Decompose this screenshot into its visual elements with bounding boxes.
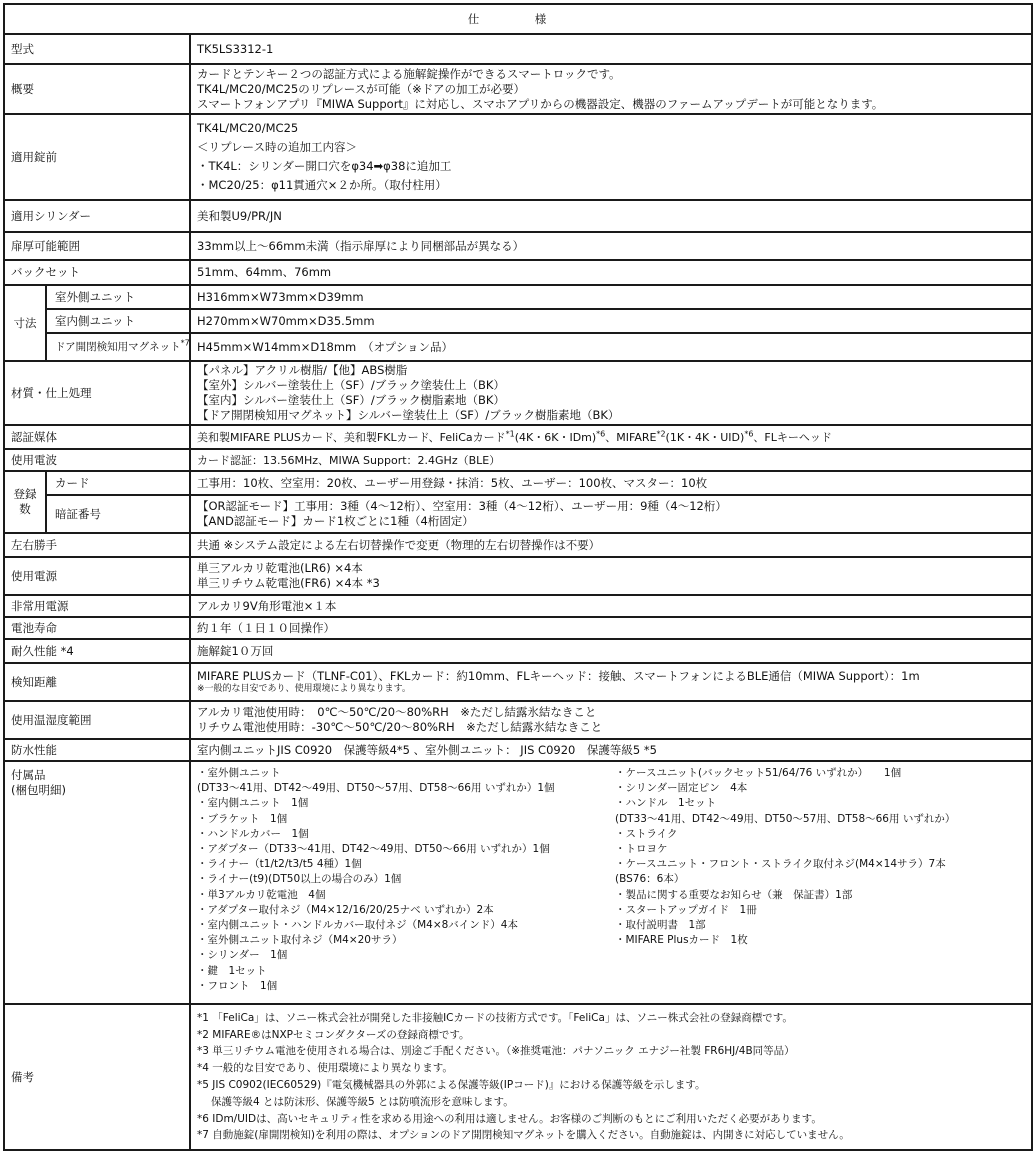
row-durability: 耐久性能 *4 施解錠1０万回 <box>4 639 1032 663</box>
row-label: ドア開閉検知用マグネット*7 <box>46 333 190 361</box>
row-label: 使用電波 <box>4 449 190 471</box>
row-dimensions-magnet: ドア開閉検知用マグネット*7 H45mm×W14mm×D18mm （オプション品… <box>4 333 1032 361</box>
row-dimensions-outdoor: 寸法 室外側ユニット H316mm×W73mm×D39mm <box>4 285 1032 309</box>
table-title: 仕 様 <box>4 4 1032 34</box>
row-value: 単三アルカリ乾電池(LR6) ×4本 単三リチウム乾電池(FR6) ×4本 *3 <box>190 557 1032 595</box>
row-dimensions-indoor: 室内側ユニット H270mm×W70mm×D35.5mm <box>4 309 1032 333</box>
row-value: 工事用：10枚、空室用：20枚、ユーザー用登録・抹消：5枚、ユーザー：100枚、… <box>190 471 1032 495</box>
row-label: 左右勝手 <box>4 533 190 557</box>
row-label: バックセット <box>4 260 190 285</box>
row-waterproof: 防水性能 室内側ユニットJIS C0920 保護等級4*5 、室外側ユニット： … <box>4 739 1032 761</box>
title-row: 仕 様 <box>4 4 1032 34</box>
row-value: 【OR認証モード】工事用：3種（4～12桁）、空室用：3種（4～12桁）、ユーザ… <box>190 495 1032 533</box>
row-power: 使用電源 単三アルカリ乾電池(LR6) ×4本 単三リチウム乾電池(FR6) ×… <box>4 557 1032 595</box>
row-value: 美和製MIFARE PLUSカード、美和製FKLカード、FeliCaカード*1(… <box>190 425 1032 449</box>
row-emergency-power: 非常用電源 アルカリ9V角形電池×１本 <box>4 595 1032 617</box>
row-label: 材質・仕上処理 <box>4 361 190 425</box>
row-value: カード認証：13.56MHz、MIWA Support：2.4GHz（BLE） <box>190 449 1032 471</box>
row-label: 使用電源 <box>4 557 190 595</box>
row-door-thickness: 扉厚可能範囲 33mm以上～66mm未満（指示扉厚により同梱部品が異なる） <box>4 232 1032 260</box>
row-value: MIFARE PLUSカード（TLNF-C01）、FKLカード：約10mm、FL… <box>190 663 1032 701</box>
row-value: 33mm以上～66mm未満（指示扉厚により同梱部品が異なる） <box>190 232 1032 260</box>
row-accessories: 付属品 (梱包明細) ・室外側ユニット (DT33～41用、DT42～49用、D… <box>4 761 1032 1004</box>
row-value: 共通 ※システム設定による左右切替操作で変更（物理的左右切替操作は不要） <box>190 533 1032 557</box>
row-label: 暗証番号 <box>46 495 190 533</box>
row-label: 検知距離 <box>4 663 190 701</box>
row-value: H45mm×W14mm×D18mm （オプション品） <box>190 333 1032 361</box>
accessories-list: ・室外側ユニット (DT33～41用、DT42～49用、DT50～57用、DT5… <box>190 761 1032 1004</box>
row-label: カード <box>46 471 190 495</box>
row-value: カードとテンキー２つの認証方式による施解錠操作ができるスマートロックです。 TK… <box>190 64 1032 114</box>
row-label: 型式 <box>4 34 190 64</box>
accessories-col2: ・ケースユニット(バックセット51/64/76 いずれか） 1個 ・シリンダー固… <box>615 766 1025 994</box>
row-value: アルカリ9V角形電池×１本 <box>190 595 1032 617</box>
row-value: 約１年（１日１０回操作） <box>190 617 1032 639</box>
row-model: 型式 TK5LS3312-1 <box>4 34 1032 64</box>
row-label: 適用錠前 <box>4 114 190 200</box>
row-label: 非常用電源 <box>4 595 190 617</box>
row-applicable-lock: 適用錠前 TK4L/MC20/MC25 ＜リプレース時の追加工内容＞ ・TK4L… <box>4 114 1032 200</box>
row-radio: 使用電波 カード認証：13.56MHz、MIWA Support：2.4GHz（… <box>4 449 1032 471</box>
remarks-list: *1 「FeliCa」は、ソニー株式会社が開発した非接触ICカードの技術方式です… <box>190 1004 1032 1150</box>
row-backset: バックセット 51mm、64mm、76mm <box>4 260 1032 285</box>
row-label: 室内側ユニット <box>46 309 190 333</box>
row-value: 51mm、64mm、76mm <box>190 260 1032 285</box>
spec-table: 仕 様 型式 TK5LS3312-1 概要 カードとテンキー２つの認証方式による… <box>3 3 1033 1151</box>
row-battery-life: 電池寿命 約１年（１日１０回操作） <box>4 617 1032 639</box>
row-value: H270mm×W70mm×D35.5mm <box>190 309 1032 333</box>
row-label: 電池寿命 <box>4 617 190 639</box>
row-overview: 概要 カードとテンキー２つの認証方式による施解錠操作ができるスマートロックです。… <box>4 64 1032 114</box>
row-value: 美和製U9/PR/JN <box>190 200 1032 232</box>
row-label: 室外側ユニット <box>46 285 190 309</box>
spec-sheet: 仕 様 型式 TK5LS3312-1 概要 カードとテンキー２つの認証方式による… <box>3 3 1031 1151</box>
row-value: TK4L/MC20/MC25 ＜リプレース時の追加工内容＞ ・TK4L：シリンダ… <box>190 114 1032 200</box>
row-label: 認証媒体 <box>4 425 190 449</box>
row-value: アルカリ電池使用時： 0℃～50℃/20～80%RH ※ただし結露氷結なきこと … <box>190 701 1032 739</box>
group-label: 寸法 <box>4 285 46 361</box>
row-auth-media: 認証媒体 美和製MIFARE PLUSカード、美和製FKLカード、FeliCaカ… <box>4 425 1032 449</box>
row-detection: 検知距離 MIFARE PLUSカード（TLNF-C01）、FKLカード：約10… <box>4 663 1032 701</box>
accessories-col1: ・室外側ユニット (DT33～41用、DT42～49用、DT50～57用、DT5… <box>197 766 615 994</box>
row-temperature: 使用温湿度範囲 アルカリ電池使用時： 0℃～50℃/20～80%RH ※ただし結… <box>4 701 1032 739</box>
row-label: 耐久性能 *4 <box>4 639 190 663</box>
row-registration-card: 登録数 カード 工事用：10枚、空室用：20枚、ユーザー用登録・抹消：5枚、ユー… <box>4 471 1032 495</box>
group-label: 登録数 <box>4 471 46 533</box>
row-value: TK5LS3312-1 <box>190 34 1032 64</box>
row-label: 使用温湿度範囲 <box>4 701 190 739</box>
row-label: 備考 <box>4 1004 190 1150</box>
row-cylinder: 適用シリンダー 美和製U9/PR/JN <box>4 200 1032 232</box>
row-label: 適用シリンダー <box>4 200 190 232</box>
row-value: H316mm×W73mm×D39mm <box>190 285 1032 309</box>
row-handing: 左右勝手 共通 ※システム設定による左右切替操作で変更（物理的左右切替操作は不要… <box>4 533 1032 557</box>
row-registration-pin: 暗証番号 【OR認証モード】工事用：3種（4～12桁）、空室用：3種（4～12桁… <box>4 495 1032 533</box>
row-label: 概要 <box>4 64 190 114</box>
row-label: 付属品 (梱包明細) <box>4 761 190 1004</box>
row-value: 施解錠1０万回 <box>190 639 1032 663</box>
row-material: 材質・仕上処理 【パネル】アクリル樹脂/【他】ABS樹脂 【室外】シルバー塗装仕… <box>4 361 1032 425</box>
row-remarks: 備考 *1 「FeliCa」は、ソニー株式会社が開発した非接触ICカードの技術方… <box>4 1004 1032 1150</box>
row-value: 室内側ユニットJIS C0920 保護等級4*5 、室外側ユニット： JIS C… <box>190 739 1032 761</box>
row-value: 【パネル】アクリル樹脂/【他】ABS樹脂 【室外】シルバー塗装仕上（SF）/ブラ… <box>190 361 1032 425</box>
row-label: 扉厚可能範囲 <box>4 232 190 260</box>
row-label: 防水性能 <box>4 739 190 761</box>
